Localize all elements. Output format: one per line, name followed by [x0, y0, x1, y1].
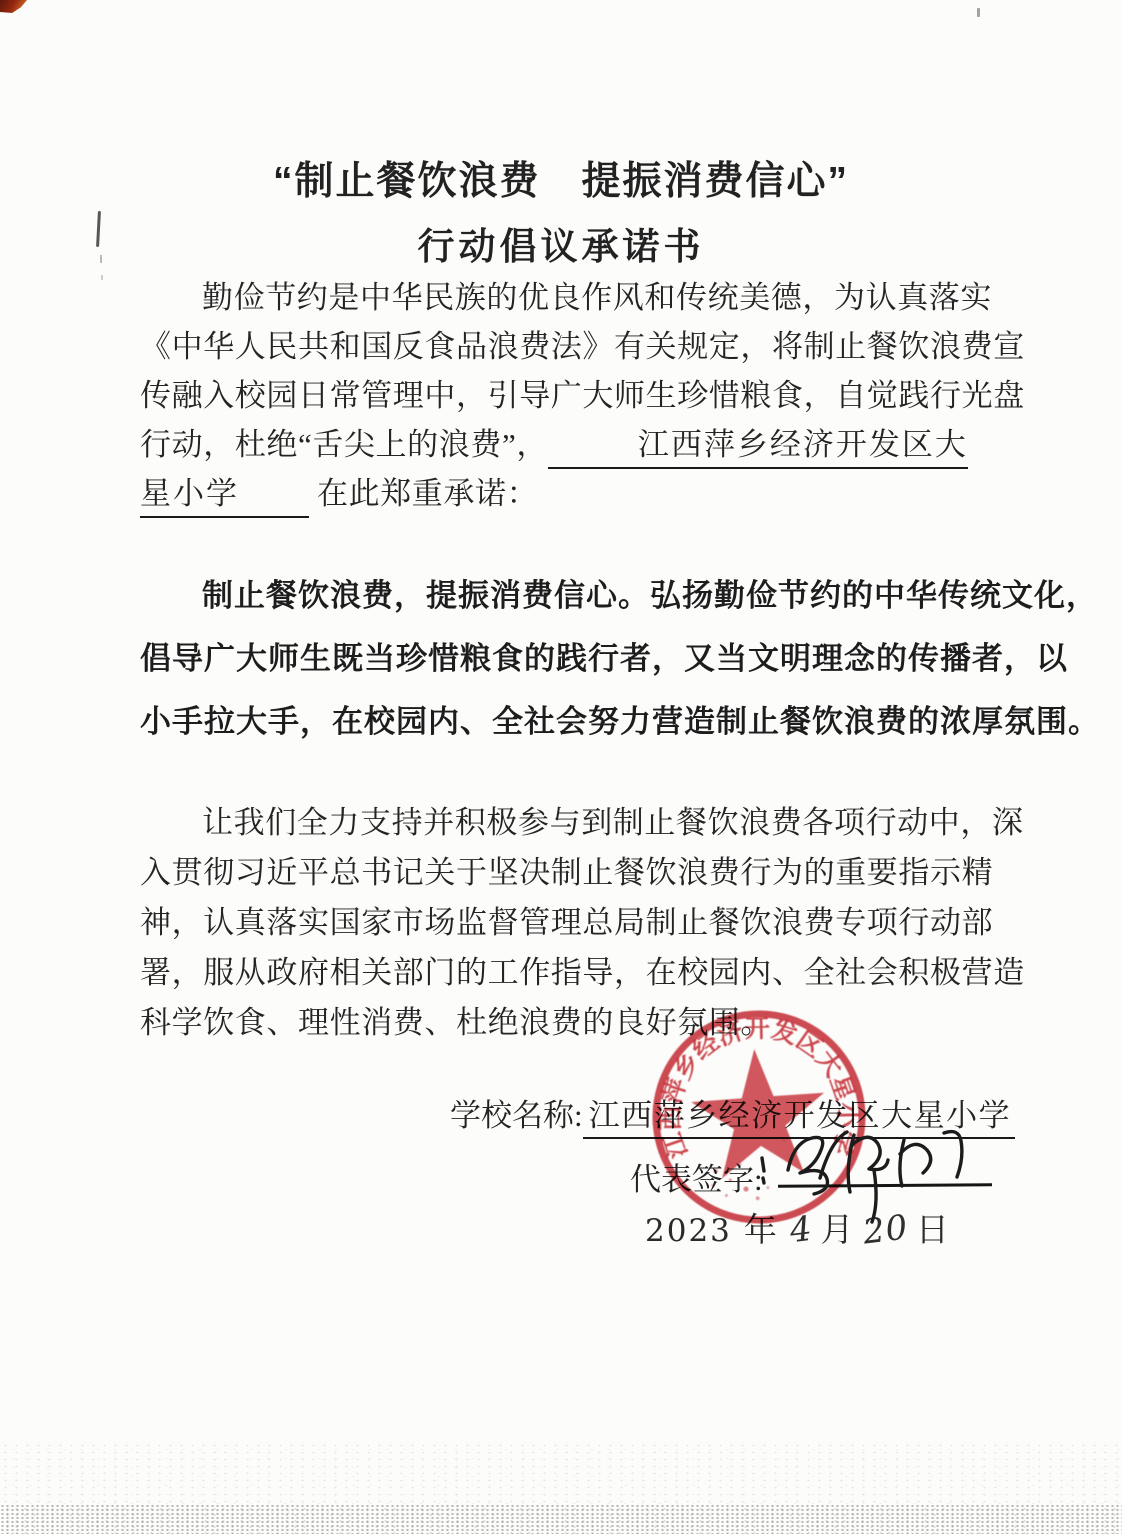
signature-stroke: [872, 1170, 876, 1222]
text-segment: 行动，杜绝“舌尖上的浪费”，: [140, 427, 548, 462]
text-line: 传融入校园日常管理中，引导广大师生珍惜粮食，自觉践行光盘: [140, 374, 1020, 423]
school-name-blank-filled: 星小学: [140, 472, 309, 518]
paragraph-pledge: 制止餐饮浪费，提振消费信心。弘扬勤俭节约的中华传统文化， 倡导广大师生既当珍惜粮…: [140, 570, 1020, 759]
text-line: 倡导广大师生既当珍惜粮食的践行者，又当文明理念的传播者，以: [140, 633, 1020, 696]
text-line: 署，服从政府相关部门的工作指导，在校园内、全社会积极营造: [140, 950, 1020, 1000]
school-name-blank-filled: 江西萍乡经济开发区大: [548, 423, 968, 469]
text-line: 科学饮食、理性消费、杜绝浪费的良好氛围。: [140, 1000, 1020, 1050]
text-line: 入贯彻习近平总书记关于坚决制止餐饮浪费行为的重要指示精: [140, 850, 1020, 900]
document-subtitle: 行动倡议承诺书: [0, 216, 1122, 270]
text-line: 让我们全力支持并积极参与到制止餐饮浪费各项行动中，深: [140, 800, 1020, 850]
signature-stroke: [944, 1132, 962, 1177]
signature-stroke: [820, 1132, 847, 1178]
text-line: 行动，杜绝“舌尖上的浪费”，江西萍乡经济开发区大: [140, 423, 1020, 472]
signature-stroke: [852, 1137, 888, 1169]
text-line: 制止餐饮浪费，提振消费信心。弘扬勤俭节约的中华传统文化，: [140, 570, 1020, 633]
text-line: 《中华人民共和国反食品浪费法》有关规定，将制止餐饮浪费宣: [140, 325, 1020, 374]
signature-stray-mark: [762, 1158, 764, 1183]
school-name-label: 学校名称:: [450, 1098, 583, 1133]
text-line: 小手拉大手，在校园内、全社会努力营造制止餐饮浪费的浓厚氛围。: [140, 696, 1020, 759]
signature-stroke: [900, 1144, 931, 1173]
scanned-commitment-letter: “制止餐饮浪费 提振消费信心” 行动倡议承诺书 勤俭节约是中华民族的优良作风和传…: [0, 0, 1122, 1534]
scan-noise-bottom: [0, 1442, 1122, 1504]
paragraph-action: 让我们全力支持并积极参与到制止餐饮浪费各项行动中，深 入贯彻习近平总书记关于坚决…: [140, 800, 1020, 1050]
scan-noise-bottom-edge: [0, 1504, 1122, 1534]
signature-stroke: [788, 1138, 827, 1195]
text-segment: 在此郑重承诺：: [317, 476, 538, 511]
representative-signature: [754, 1118, 1004, 1228]
signature-stroke: [900, 1140, 904, 1186]
scan-artifact-corner: [0, 0, 27, 13]
scan-artifact-dot: [977, 8, 980, 17]
text-line: 星小学在此郑重承诺：: [140, 472, 1020, 521]
text-line: 神，认真落实国家市场监督管理总局制止餐饮浪费专项行动部: [140, 900, 1020, 950]
scan-artifact-dot: [101, 275, 103, 280]
paragraph-intro: 勤俭节约是中华民族的优良作风和传统美德，为认真落实 《中华人民共和国反食品浪费法…: [140, 276, 1020, 521]
document-title: “制止餐饮浪费 提振消费信心”: [0, 150, 1122, 206]
text-line: 勤俭节约是中华民族的优良作风和传统美德，为认真落实: [140, 276, 1020, 325]
